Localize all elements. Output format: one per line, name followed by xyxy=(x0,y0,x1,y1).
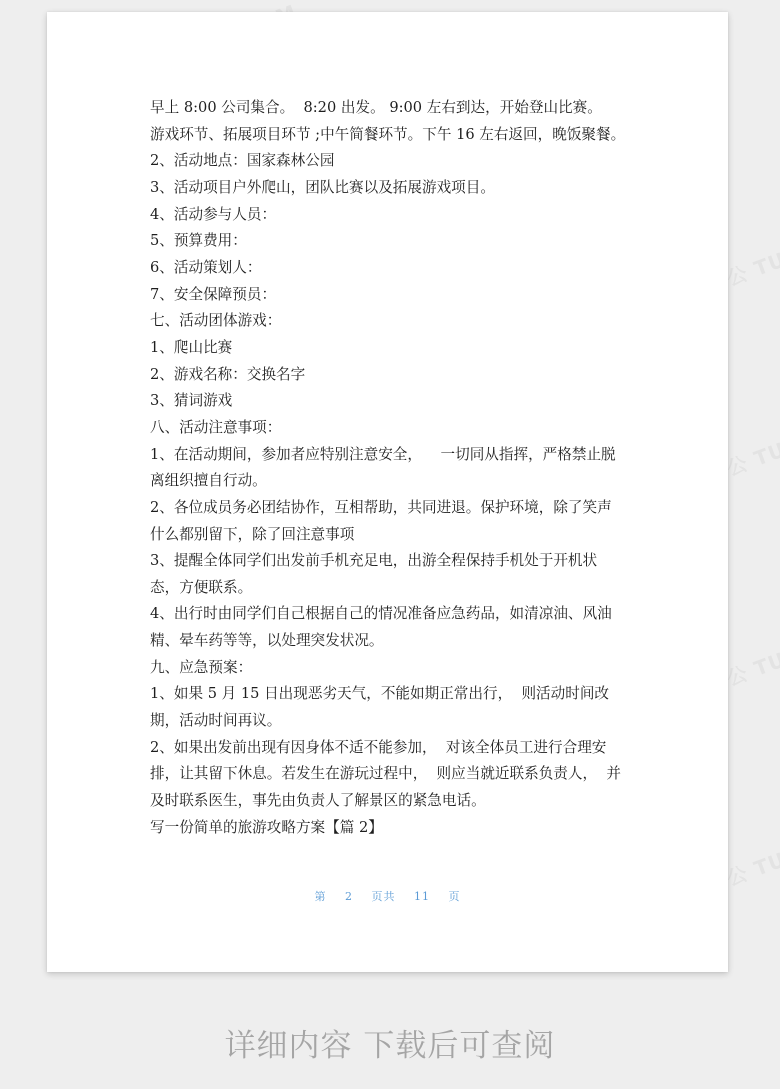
paragraph-location: 2、活动地点：国家森林公园 xyxy=(150,148,626,175)
paragraph-schedule-morning: 早上 8:00 公司集合。 8:20 出发。 9:00 左右到达，开始登山比赛。 xyxy=(150,95,626,122)
section-heading-group-games: 七、活动团体游戏： xyxy=(150,308,626,335)
section-heading-emergency-plan: 九、应急预案： xyxy=(150,655,626,682)
list-item-precaution: 1、在活动期间，参加者应特别注意安全， 一切同从指挥，严格禁止脱离组织擅自行动。 xyxy=(150,442,626,495)
paragraph-planner: 6、活动策划人： xyxy=(150,255,626,282)
document-body: 早上 8:00 公司集合。 8:20 出发。 9:00 左右到达，开始登山比赛。… xyxy=(150,95,626,841)
current-page-number: 2 xyxy=(345,890,353,903)
paragraph-safety-staff: 7、安全保障预员： xyxy=(150,282,626,309)
paragraph-participants: 4、活动参与人员： xyxy=(150,202,626,229)
paragraph-activities: 3、活动项目户外爬山，团队比赛以及拓展游戏项目。 xyxy=(150,175,626,202)
list-item-emergency: 1、如果 5 月 15 日出现恶劣天气，不能如期正常出行， 则活动时间改期，活动… xyxy=(150,681,626,734)
list-item-game: 2、游戏名称：交换名字 xyxy=(150,362,626,389)
total-pages-number: 11 xyxy=(414,890,430,903)
list-item-precaution: 4、出行时由同学们自己根据自己的情况准备应急药品，如清凉油、风油精、晕车药等等，… xyxy=(150,601,626,654)
list-item-game: 3、猜词游戏 xyxy=(150,388,626,415)
paragraph-budget: 5、预算费用： xyxy=(150,228,626,255)
section-heading-precautions: 八、活动注意事项： xyxy=(150,415,626,442)
footer-prefix: 第 xyxy=(315,890,327,903)
next-section-title: 写一份简单的旅游攻略方案【篇 2】 xyxy=(150,815,626,842)
download-to-view-banner[interactable]: 详细内容 下载后可查阅 xyxy=(0,1020,780,1065)
document-page: 早上 8:00 公司集合。 8:20 出发。 9:00 左右到达，开始登山比赛。… xyxy=(47,12,728,972)
list-item-precaution: 3、提醒全体同学们出发前手机充足电，出游全程保持手机处于开机状态，方便联系。 xyxy=(150,548,626,601)
list-item-emergency: 2、如果出发前出现有因身体不适不能参加， 对该全体员工进行合理安排，让其留下休息… xyxy=(150,735,626,815)
page-number-footer: 第 2 页共 11 页 xyxy=(47,888,728,904)
paragraph-schedule-afternoon: 游戏环节、拓展项目环节 ;中午简餐环节。下午 16 左右返回，晚饭聚餐。 xyxy=(150,122,626,149)
footer-middle: 页共 xyxy=(372,890,396,903)
list-item-game: 1、爬山比赛 xyxy=(150,335,626,362)
footer-suffix: 页 xyxy=(449,890,461,903)
list-item-precaution: 2、各位成员务必团结协作，互相帮助，共同进退。保护环境，除了笑声什么都别留下，除… xyxy=(150,495,626,548)
